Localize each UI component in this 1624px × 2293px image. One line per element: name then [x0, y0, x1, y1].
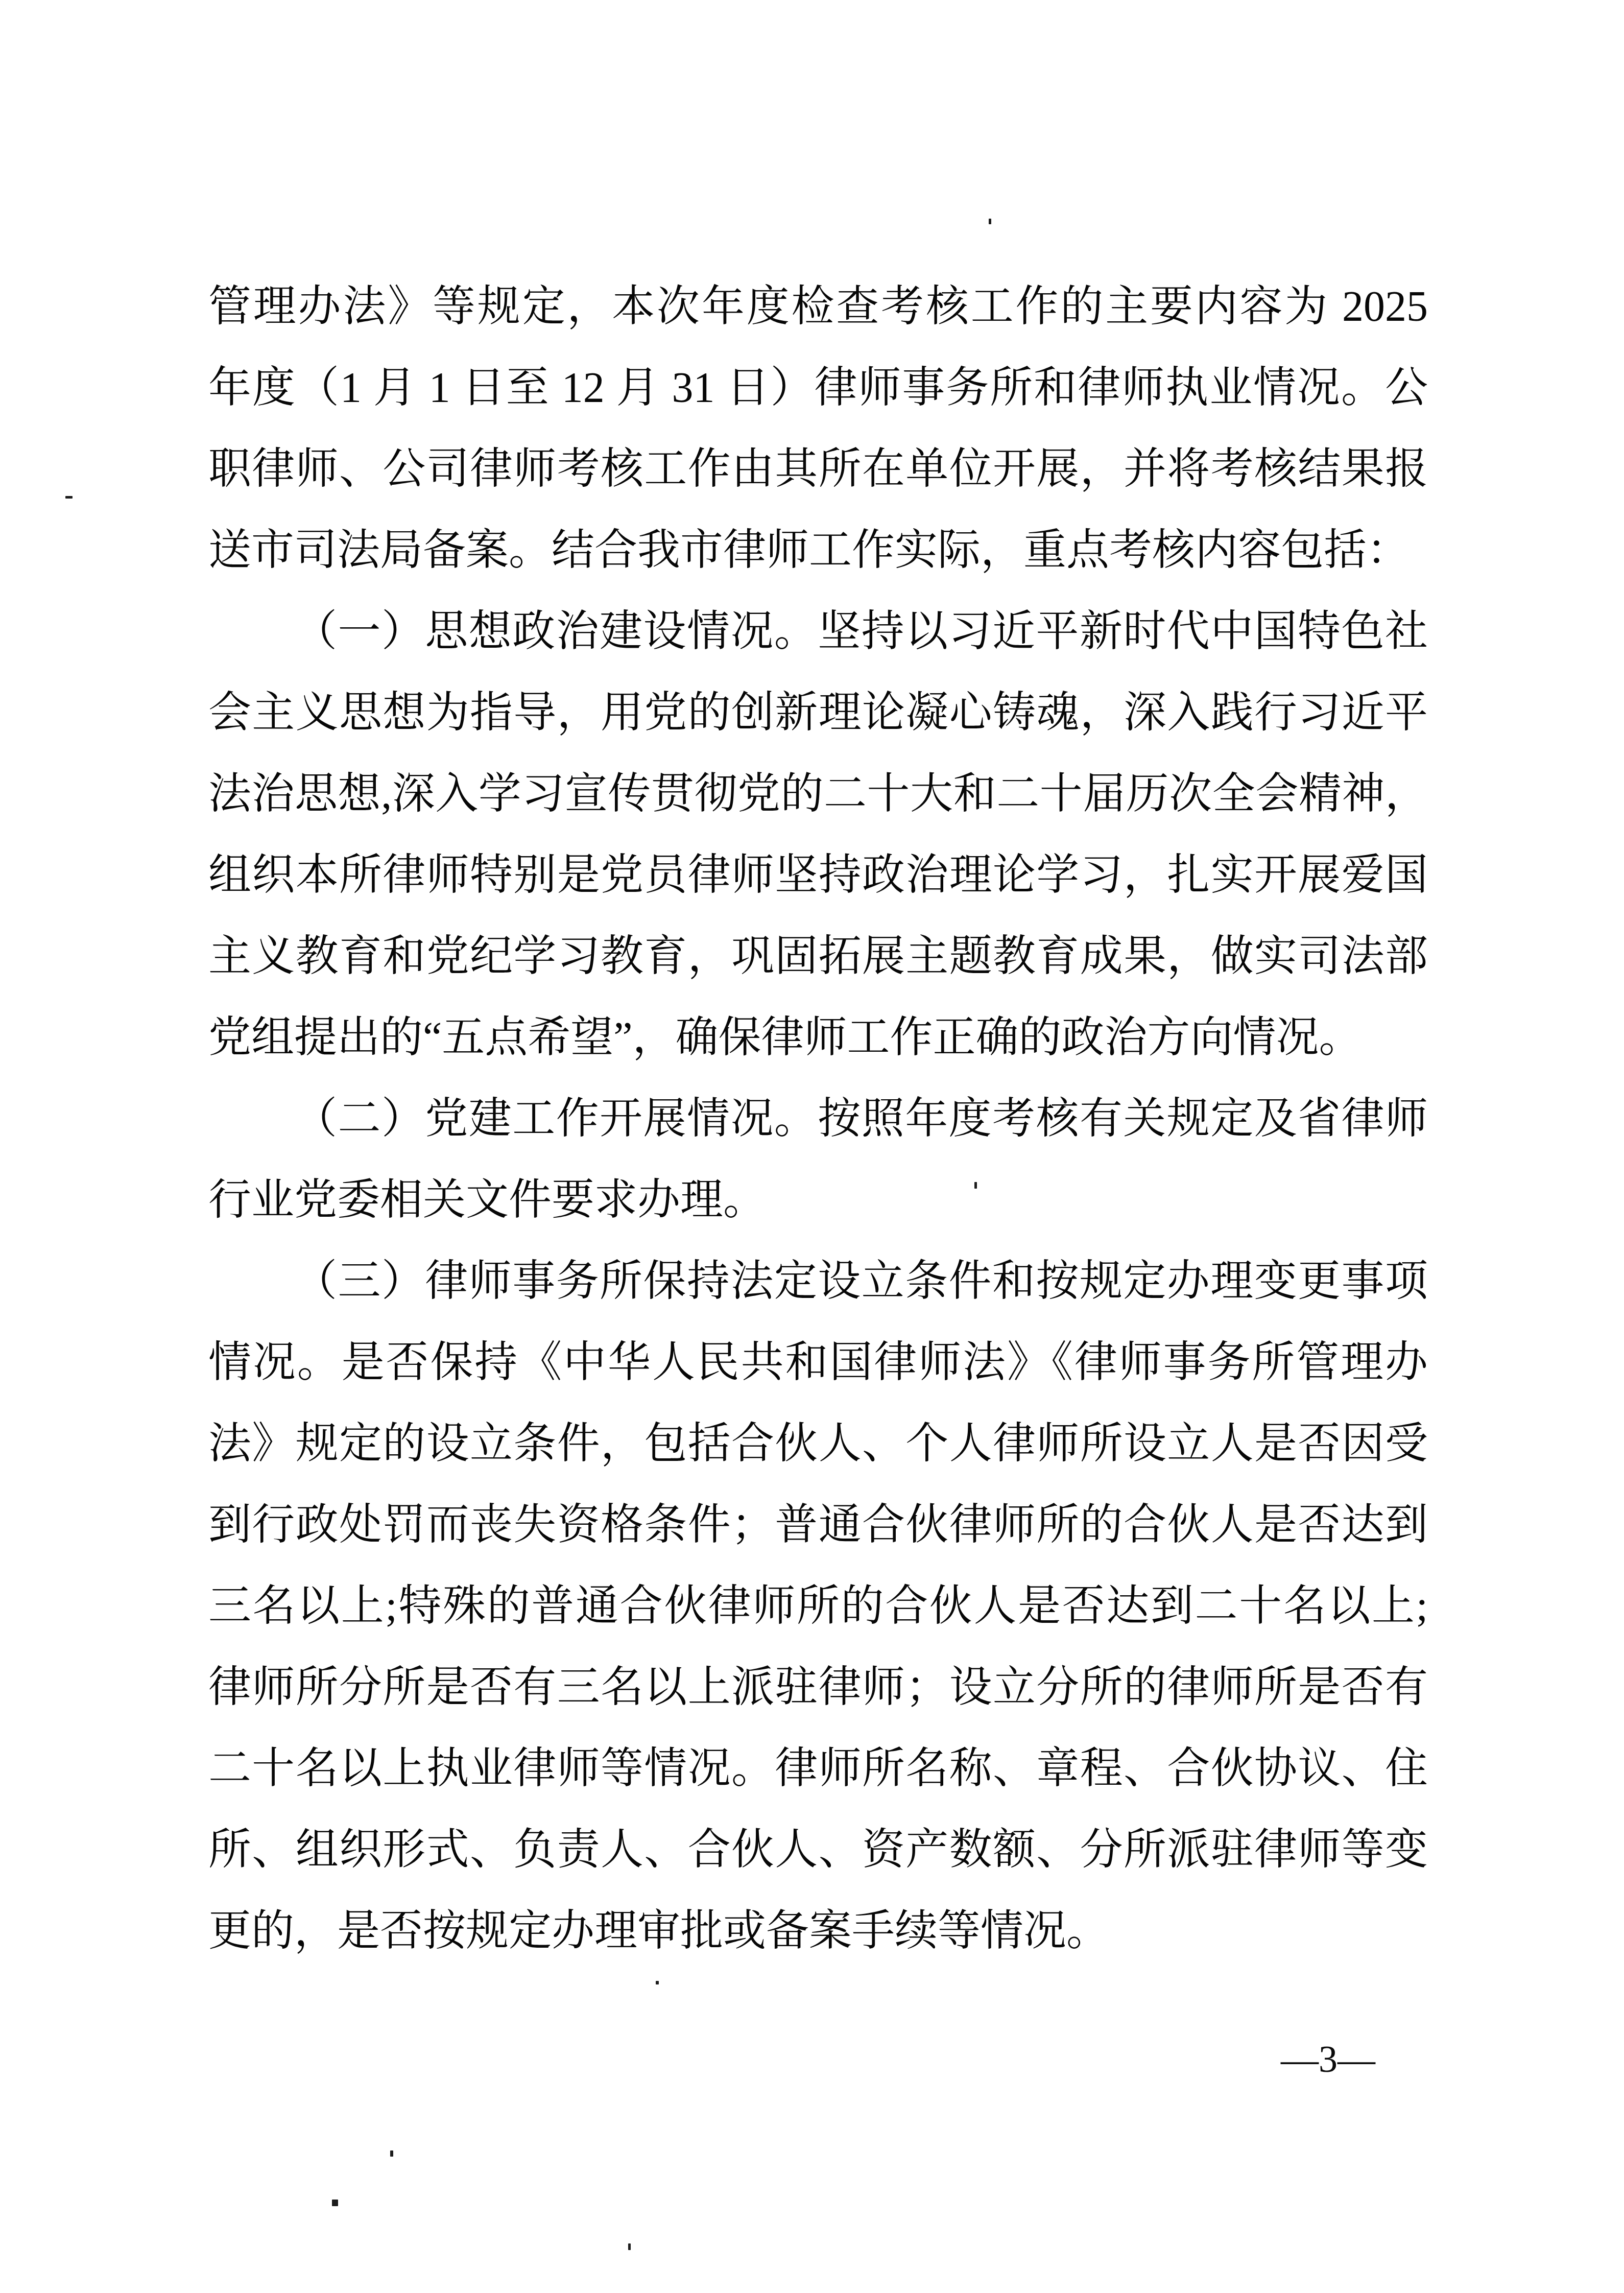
text-line: 会主义思想为指导，用党的创新理论凝心铸魂，深入践行习近平 [208, 672, 1428, 753]
text-line: 律师所分所是否有三名以上派驻律师；设立分所的律师所是否有 [208, 1647, 1428, 1728]
document-body-text: 管理办法》等规定，本次年度检查考核工作的主要内容为 2025 年度（1 月 1 … [208, 266, 1428, 1972]
text-line: 送市司法局备案。结合我市律师工作实际，重点考核内容包括： [208, 510, 1428, 591]
text-line: 所、组织形式、负责人、合伙人、资产数额、分所派驻律师等变 [208, 1809, 1428, 1890]
text-line: 更的，是否按规定办理审批或备案手续等情况。 [208, 1890, 1428, 1972]
text-line: 情况。是否保持《中华人民共和国律师法》《律师事务所管理办 [208, 1322, 1428, 1403]
text-line: 法》规定的设立条件，包括合伙人、个人律师所设立人是否因受 [208, 1403, 1428, 1484]
scan-artifact [989, 219, 991, 224]
text-line: 三名以上;特殊的普通合伙律师所的合伙人是否达到二十名以上; [208, 1566, 1428, 1647]
text-line: （一）思想政治建设情况。坚持以习近平新时代中国特色社 [208, 591, 1428, 672]
text-line: 组织本所律师特别是党员律师坚持政治理论学习，扎实开展爱国 [208, 835, 1428, 916]
scan-artifact [65, 496, 73, 499]
text-line: （二）党建工作开展情况。按照年度考核有关规定及省律师 [208, 1078, 1428, 1160]
page-number: —3— [1281, 2039, 1375, 2080]
text-line: 到行政处罚而丧失资格条件；普通合伙律师所的合伙人是否达到 [208, 1484, 1428, 1566]
scan-artifact [332, 2200, 338, 2206]
text-line: 年度（1 月 1 日至 12 月 31 日）律师事务所和律师执业情况。公 [208, 347, 1428, 429]
text-line: 二十名以上执业律师等情况。律师所名称、章程、合伙协议、住 [208, 1728, 1428, 1809]
scan-artifact [628, 2243, 631, 2250]
text-line: 职律师、公司律师考核工作由其所在单位开展，并将考核结果报 [208, 429, 1428, 510]
text-line: 主义教育和党纪学习教育，巩固拓展主题教育成果，做实司法部 [208, 916, 1428, 997]
text-line: 党组提出的“五点希望”，确保律师工作正确的政治方向情况。 [208, 997, 1428, 1078]
text-line: 法治思想,深入学习宣传贯彻党的二十大和二十届历次全会精神， [208, 753, 1428, 835]
scan-artifact [390, 2150, 393, 2157]
text-line: 管理办法》等规定，本次年度检查考核工作的主要内容为 2025 [208, 266, 1428, 347]
scan-artifact [656, 1981, 659, 1984]
scan-artifact [974, 1182, 977, 1189]
scanned-document-page: 管理办法》等规定，本次年度检查考核工作的主要内容为 2025 年度（1 月 1 … [0, 0, 1624, 2293]
text-line: 行业党委相关文件要求办理。 [208, 1160, 1428, 1241]
text-line: （三）律师事务所保持法定设立条件和按规定办理变更事项 [208, 1241, 1428, 1322]
